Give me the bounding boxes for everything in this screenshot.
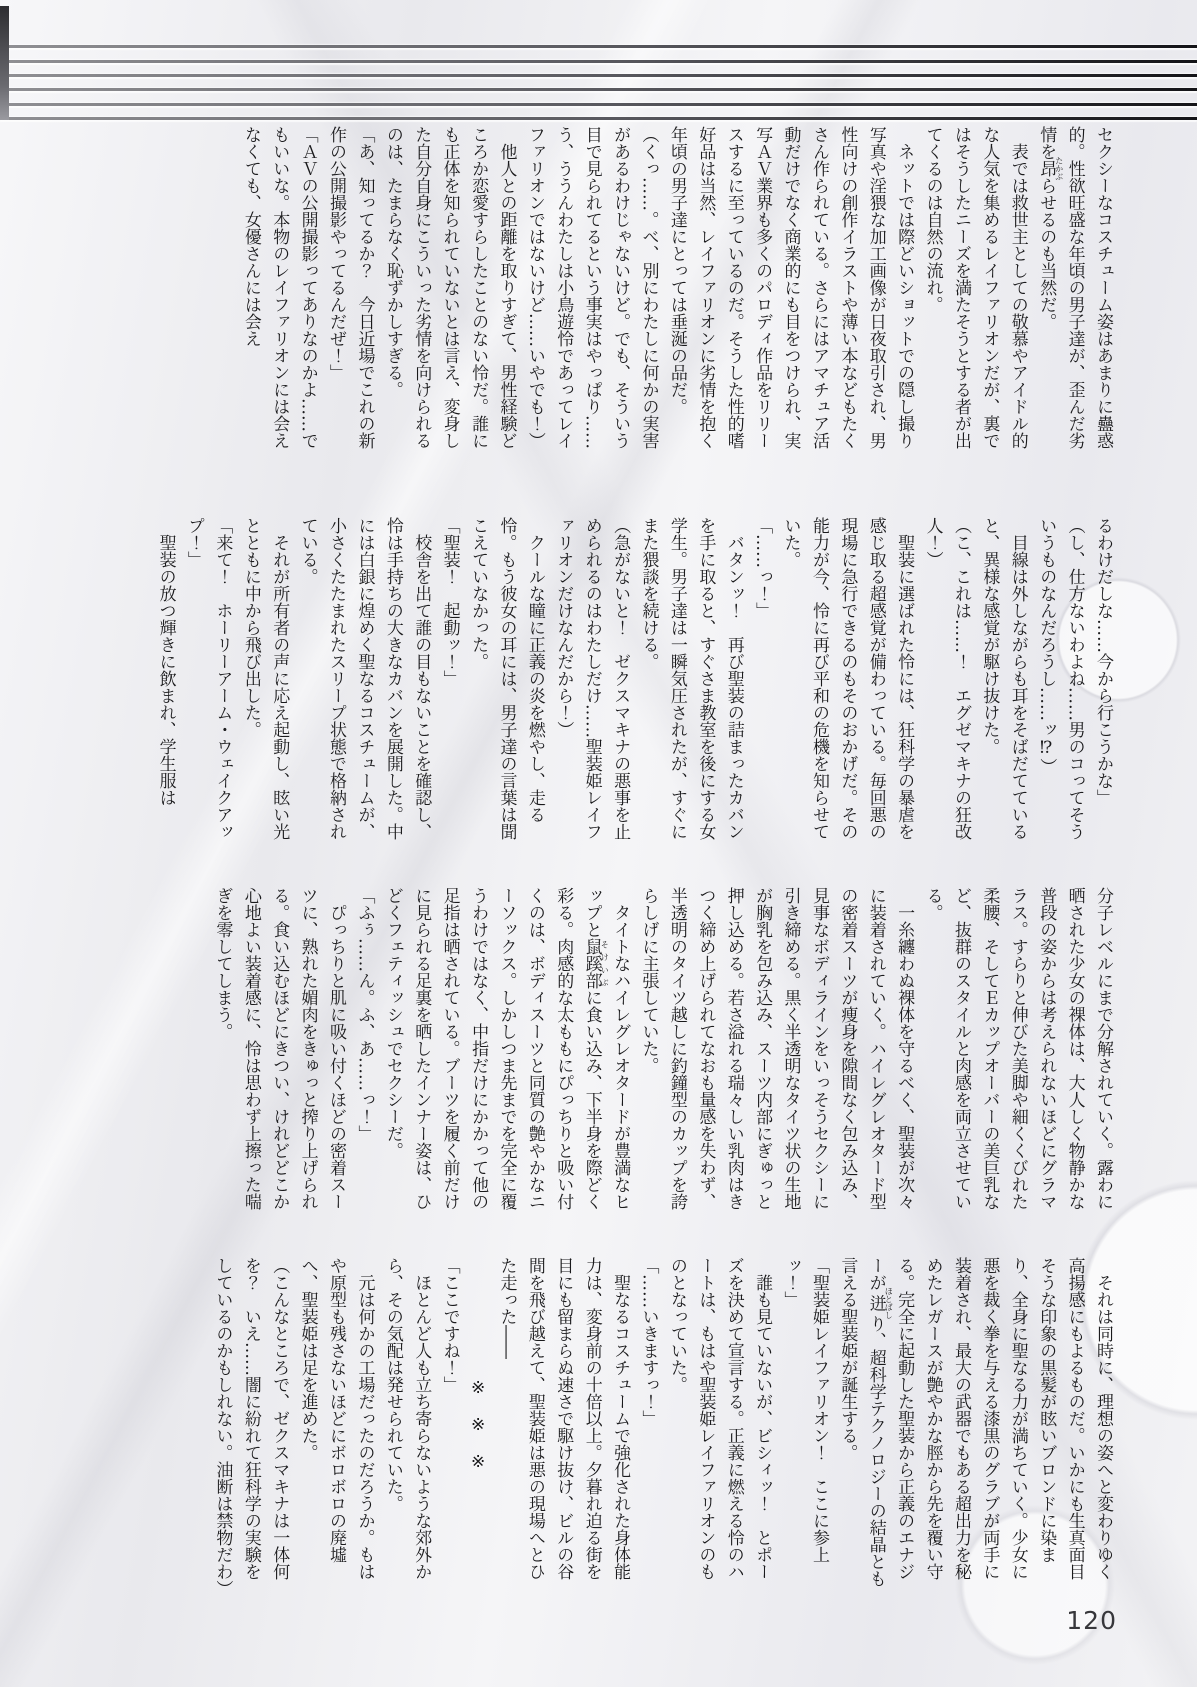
paragraph: ※ ※ ※: [464, 1257, 492, 1593]
text-band-1: セクシーなコスチューム姿はあまりに蠱惑的。性欲旺盛な年頃の男子達が、歪んだ劣情を…: [149, 126, 1117, 462]
paragraph: クールな瞳に正義の炎を燃やし、走る怜。もう彼女の耳には、男子達の言葉は聞こえてい…: [464, 517, 549, 853]
paragraph: （し、仕方ないわよね……男のコってそういうものなんだろうし……ッ⁉）: [1032, 517, 1089, 853]
paragraph: 表では救世主としての敬慕やアイドル的な人気を集めるレイファリオンだが、裏ではそう…: [918, 126, 1032, 462]
paragraph: るわけだしな……今から行こうかな」: [1089, 517, 1117, 853]
paragraph: 聖なるコスチュームで強化された身体能力は、変身前の十倍以上。夕暮れ迫る街を目にも…: [492, 1257, 634, 1593]
paragraph: 目線は外しながらも耳をそばだてていると、異様な感覚が駆け抜けた。: [975, 517, 1032, 853]
decoration-line: [0, 117, 1197, 120]
page-number: 120: [1066, 1606, 1117, 1635]
paragraph: 「ここですね！」: [435, 1257, 463, 1593]
paragraph: 分子レベルにまで分解されていく。露わに晒された少女の裸体は、大人しく物静かな普段…: [918, 887, 1117, 1223]
paragraph: ネットでは際どいショットでの隠し撮り写真や淫猥な加工画像が日夜取引され、男性向け…: [663, 126, 919, 462]
paragraph: 誰も見ていないが、ビシィッ！ とポーズを決めて宣言する。正義に燃える怜のハートは…: [663, 1257, 777, 1593]
paragraph: 聖装に選ばれた怜には、狂科学の暴虐を感じ取る超感覚が備わっている。毎回悪の現場に…: [776, 517, 918, 853]
left-corner-mark: [0, 6, 9, 120]
paragraph: （こ、これは……！ エグゼマキナの狂改人！）: [918, 517, 975, 853]
paragraph: 「……いきますっ！」: [634, 1257, 662, 1593]
decoration-line: [0, 45, 1197, 48]
text-band-2: るわけだしな……今から行こうかな」（し、仕方ないわよね……男のコってそういうもの…: [149, 517, 1117, 853]
paragraph: 元は何かの工場だったのだろうか。もはや原型も残さないほどにボロボロの廃墟へ、聖装…: [293, 1257, 378, 1593]
paragraph: 一糸纏わぬ裸体を守るべく、聖装が次々に装着されていく。ハイレグレオタード型の密着…: [634, 887, 918, 1223]
paragraph: （くっ……。べ、別にわたしに何かの実害があるわけじゃないけど。でも、そういう目で…: [520, 126, 662, 462]
paragraph: （急がないと！ ゼクスマキナの悪事を止められるのはわたしだけ……聖装姫レイファリ…: [549, 517, 634, 853]
paragraph: 「ふぅ……ん。ふ、あ……っ！」: [350, 887, 378, 1223]
text-band-4: それは同時に、理想の姿へと変わりゆく高揚感にもよるものだ。いかにも生真面目そうな…: [149, 1257, 1117, 1593]
paragraph: それは同時に、理想の姿へと変わりゆく高揚感にもよるものだ。いかにも生真面目そうな…: [833, 1257, 1117, 1593]
paragraph: （こんなところで、ゼクスマキナは一体何を？ いえ……闇に紛れて狂科学の実験をして…: [208, 1257, 293, 1593]
text-band-3: 分子レベルにまで分解されていく。露わに晒された少女の裸体は、大人しく物静かな普段…: [149, 887, 1117, 1223]
decoration-line: [0, 74, 1197, 77]
paragraph: タイトなハイレグレオタードが豊満なヒップと鼠蹊部そけいぶに食い込み、下半身を際ど…: [378, 887, 634, 1223]
paragraph: バタンッ！ 再び聖装の詰まったカバンを手に取ると、すぐさま教室を後にする女学生。…: [634, 517, 748, 853]
paragraph: 聖装の放つ輝きに飲まれ、学生服は: [151, 517, 179, 853]
paragraph: ほとんど人も立ち寄らないような郊外から、その気配は発せられていた。: [378, 1257, 435, 1593]
paragraph: 「聖装姫レイファリオン！ ここに参上ッ！」: [776, 1257, 833, 1593]
paragraph: セクシーなコスチューム姿はあまりに蠱惑的。性欲旺盛な年頃の男子達が、歪んだ劣情を…: [1032, 126, 1117, 462]
decoration-line: [0, 103, 1197, 106]
paragraph: 「ＡＶの公開撮影ってありなのかよ……でもいいな。本物のレイファリオンには会えなく…: [236, 126, 321, 462]
paragraph: ぴっちりと肌に吸い付くほどの密着スーツに、熟れた媚肉をきゅっと搾り上げられる。食…: [208, 887, 350, 1223]
paragraph: 校舎を出て誰の目もないことを確認し、怜は手持ちの大きなカバンを展開した。中には白…: [293, 517, 435, 853]
paragraph: 「来て！ ホーリーアーム・ウェイクアップ！」: [180, 517, 237, 853]
paragraph: 他人との距離を取りすぎて、男性経験どころか恋愛すらしたことのない怜だ。誰にも正体…: [378, 126, 520, 462]
paragraph: 「あ、知ってるか？ 今日近場でこれの新作の公開撮影やってるんだぜ！」: [322, 126, 379, 462]
paragraph: 「……っ！」: [748, 517, 776, 853]
paragraph: それが所有者の声に応え起動し、眩い光とともに中から飛び出した。: [236, 517, 293, 853]
paragraph: 「聖装！ 起動ッ！」: [435, 517, 463, 853]
decoration-line: [0, 88, 1197, 91]
decoration-line: [0, 60, 1197, 63]
